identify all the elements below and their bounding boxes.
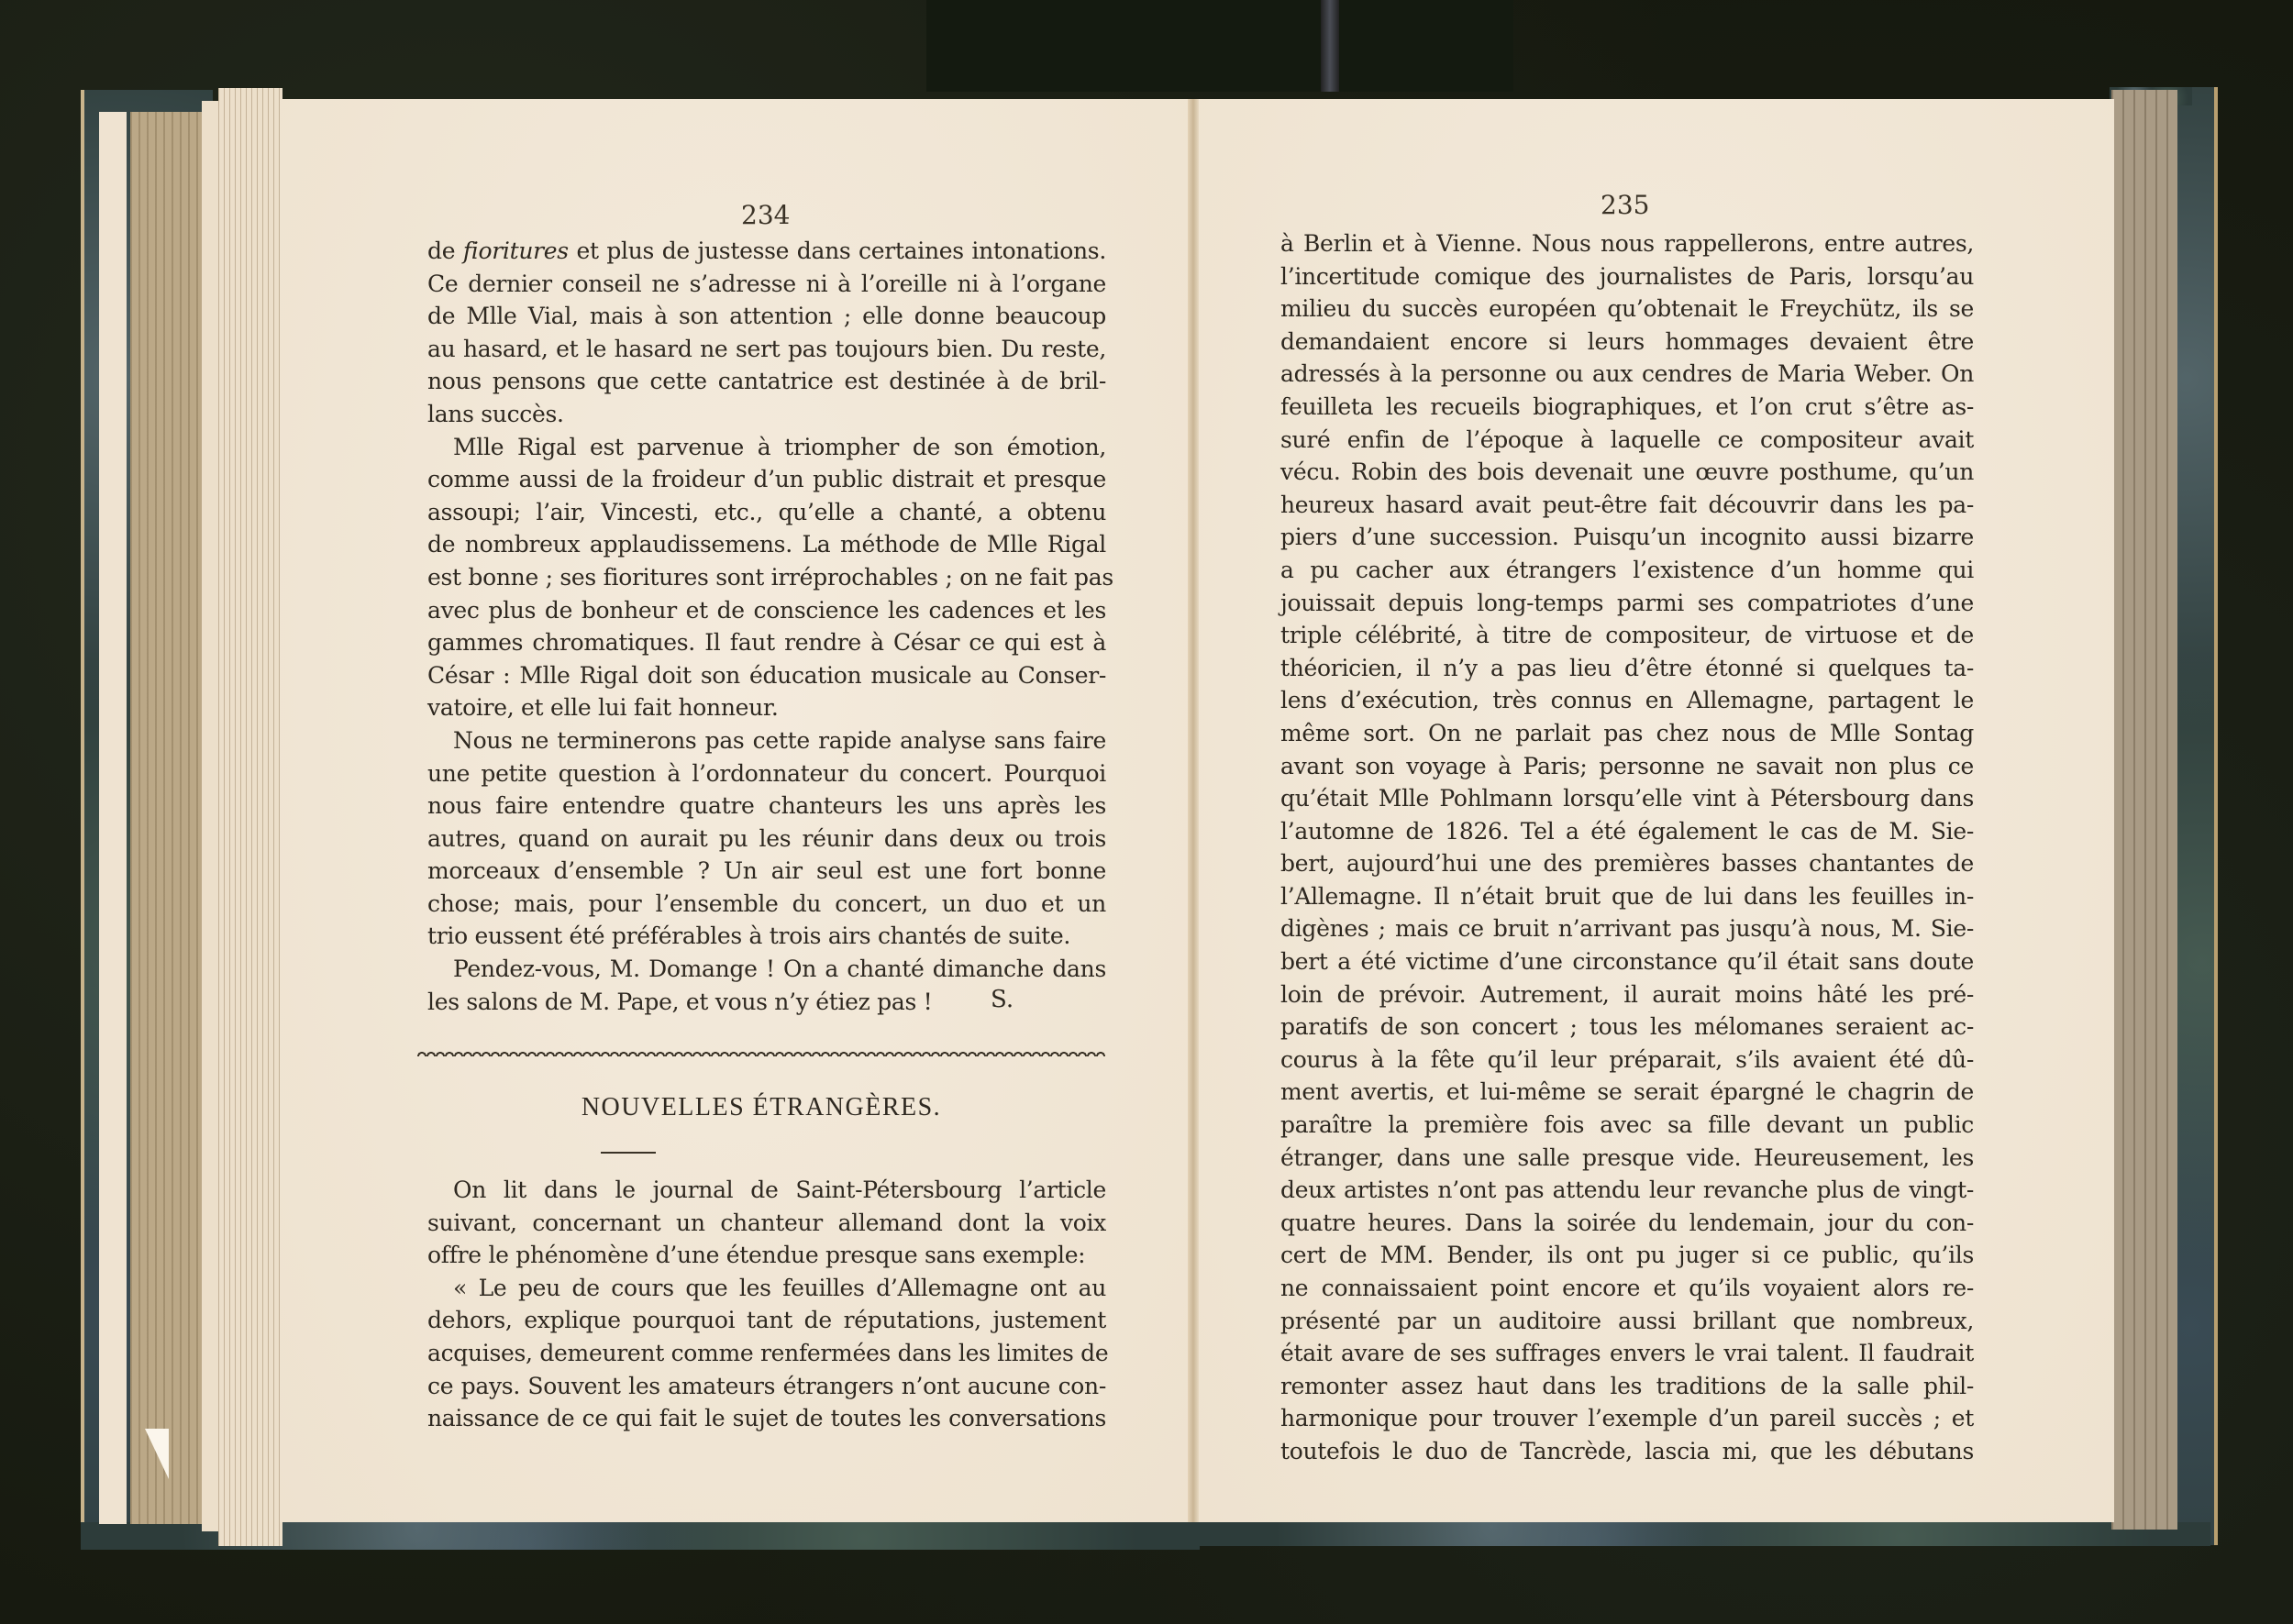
page-number-left: 234 bbox=[741, 200, 790, 230]
page-stack-left bbox=[218, 88, 282, 1546]
text-line: suivant, concernant un chanteur allemand… bbox=[427, 1207, 1106, 1240]
article-signature: S. bbox=[991, 986, 1014, 1013]
text-line: lans succès. bbox=[427, 398, 1106, 431]
text-line: triple célébrité, à titre de compositeur… bbox=[1280, 619, 1974, 652]
page-block-edge-right bbox=[2111, 90, 2177, 1530]
text-line: lens d’exécution, très connus en Allemag… bbox=[1280, 684, 1974, 717]
cover-board-right bbox=[2174, 87, 2218, 1545]
text-line: deux artistes n’ont pas attendu leur rev… bbox=[1280, 1174, 1974, 1207]
text-line: quatre heures. Dans la soirée du lendema… bbox=[1280, 1207, 1974, 1240]
text-line: feuilleta les recueils biographiques, et… bbox=[1280, 391, 1974, 424]
text-line: autres, quand on aurait pu les réunir da… bbox=[427, 823, 1106, 856]
text-line: trio eussent été préférables à trois air… bbox=[427, 920, 1106, 953]
text-line: vatoire, et elle lui fait honneur. bbox=[427, 691, 1106, 724]
text-line: l’automne de 1826. Tel a été également l… bbox=[1280, 815, 1974, 848]
cover-board-right-bottom bbox=[1183, 1522, 2210, 1546]
text-line: vécu. Robin des bois devenait une œuvre … bbox=[1280, 456, 1974, 489]
text-line: gammes chromatiques. Il faut rendre à Cé… bbox=[427, 626, 1106, 659]
text-line: adressés à la personne ou aux cendres de… bbox=[1280, 358, 1974, 391]
text-line: On lit dans le journal de Saint-Pétersbo… bbox=[427, 1174, 1106, 1207]
background-shadow bbox=[926, 0, 1513, 92]
text-line: « Le peu de cours que les feuilles d’All… bbox=[427, 1272, 1106, 1305]
text-line: remonter assez haut dans les traditions … bbox=[1280, 1370, 1974, 1403]
text-line: était avare de ses suffrages envers le v… bbox=[1280, 1337, 1974, 1370]
text-line: courus à la fête qu’il leur préparait, s… bbox=[1280, 1044, 1974, 1077]
text-line: qu’était Mlle Pohlmann lorsqu’elle vint … bbox=[1280, 782, 1974, 815]
text-line: à Berlin et à Vienne. Nous nous rappelle… bbox=[1280, 227, 1974, 260]
title-underline bbox=[601, 1152, 656, 1154]
text-line: a pu cacher aux étrangers l’existence d’… bbox=[1280, 554, 1974, 587]
text-line: loin de prévoir. Autrement, il aurait mo… bbox=[1280, 978, 1974, 1011]
text-line: avec plus de bonheur et de conscience le… bbox=[427, 594, 1106, 627]
text-line: ment avertis, et lui-même se serait épar… bbox=[1280, 1076, 1974, 1109]
text-line: est bonne ; ses fioritures sont irréproc… bbox=[427, 561, 1106, 594]
text-line: bert, aujourd’hui une des premières bass… bbox=[1280, 847, 1974, 880]
text-line: même sort. On ne parlait pas chez nous d… bbox=[1280, 717, 1974, 750]
text-line: nous pensons que cette cantatrice est de… bbox=[427, 365, 1106, 398]
text-line: digènes ; mais ce bruit n’arrivant pas j… bbox=[1280, 912, 1974, 945]
text-line: nous faire entendre quatre chanteurs les… bbox=[427, 790, 1106, 823]
text-line: l’incertitude comique des journalistes d… bbox=[1280, 260, 1974, 293]
left-page-body: de fioritures et plus de justesse dans c… bbox=[427, 235, 1106, 1018]
folded-corner-tab bbox=[145, 1429, 169, 1479]
text-line: paraître la première fois avec sa fille … bbox=[1280, 1109, 1974, 1142]
text-line: chose; mais, pour l’ensemble du concert,… bbox=[427, 888, 1106, 921]
text-line: dehors, explique pourquoi tant de réputa… bbox=[427, 1304, 1106, 1337]
text-line: l’Allemagne. Il n’était bruit que de lui… bbox=[1280, 880, 1974, 913]
text-line: Nous ne terminerons pas cette rapide ana… bbox=[427, 724, 1106, 757]
text-line: ce pays. Souvent les amateurs étrangers … bbox=[427, 1370, 1106, 1403]
text-line: Mlle Rigal est parvenue à triompher de s… bbox=[427, 431, 1106, 464]
text-line: César : Mlle Rigal doit son éducation mu… bbox=[427, 659, 1106, 692]
text-line: offre le phénomène d’une étendue presque… bbox=[427, 1239, 1106, 1272]
text-line: paratifs de son concert ; tous les mélom… bbox=[1280, 1011, 1974, 1044]
text-line: une petite question à l’ordonnateur du c… bbox=[427, 757, 1106, 790]
text-line: jouissait depuis long-temps parmi ses co… bbox=[1280, 587, 1974, 620]
text-line: bert a été victime d’une circonstance qu… bbox=[1280, 945, 1974, 978]
text-line: naissance de ce qui fait le sujet de tou… bbox=[427, 1402, 1106, 1435]
text-line: de Mlle Vial, mais à son attention ; ell… bbox=[427, 300, 1106, 333]
text-line: cert de MM. Bender, ils ont pu juger si … bbox=[1280, 1239, 1974, 1272]
background-stripe bbox=[1321, 0, 1339, 92]
text-line: milieu du succès européen qu’obtenait le… bbox=[1280, 293, 1974, 326]
page-block-edge-left bbox=[130, 112, 202, 1524]
text-line: ne connaissaient point encore et qu’ils … bbox=[1280, 1272, 1974, 1305]
text-line: toutefois le duo de Tancrède, lascia mi,… bbox=[1280, 1435, 1974, 1468]
text-line: Ce dernier conseil ne s’adresse ni à l’o… bbox=[427, 268, 1106, 301]
text-line: demandaient encore si leurs hommages dev… bbox=[1280, 326, 1974, 359]
text-line: suré enfin de l’époque à laquelle ce com… bbox=[1280, 424, 1974, 457]
text-line: de fioritures et plus de justesse dans c… bbox=[427, 235, 1106, 268]
text-line: étranger, dans une salle presque vide. H… bbox=[1280, 1142, 1974, 1175]
page-block-inner-left bbox=[202, 101, 220, 1531]
flyleaf-left bbox=[99, 112, 127, 1524]
text-line: théoricien, il n’y a pas lieu d’être éto… bbox=[1280, 652, 1974, 685]
text-line: harmonique pour trouver l’exemple d’un p… bbox=[1280, 1402, 1974, 1435]
page-number-right: 235 bbox=[1601, 190, 1649, 220]
text-line: Pendez-vous, M. Domange ! On a chanté di… bbox=[427, 953, 1106, 986]
text-line: présenté par un auditoire aussi brillant… bbox=[1280, 1305, 1974, 1338]
section-title: NOUVELLES ÉTRANGÈRES. bbox=[417, 1093, 1105, 1122]
text-line: piers d’une succession. Puisqu’un incogn… bbox=[1280, 521, 1974, 554]
left-page-body-section: On lit dans le journal de Saint-Pétersbo… bbox=[427, 1174, 1106, 1435]
text-line: au hasard, et le hasard ne sert pas touj… bbox=[427, 333, 1106, 366]
right-page-body: à Berlin et à Vienne. Nous nous rappelle… bbox=[1280, 227, 1974, 1468]
section-divider-wavy bbox=[417, 1047, 1105, 1060]
text-line: assoupi; l’air, Vincesti, etc., qu’elle … bbox=[427, 496, 1106, 529]
text-line: de nombreux applaudissemens. La méthode … bbox=[427, 528, 1106, 561]
book-gutter bbox=[1188, 99, 1199, 1522]
text-line: heureux hasard avait peut-être fait déco… bbox=[1280, 489, 1974, 522]
text-line: comme aussi de la froideur d’un public d… bbox=[427, 463, 1106, 496]
text-line: avant son voyage à Paris; personne ne sa… bbox=[1280, 750, 1974, 783]
text-line: acquises, demeurent comme renfermées dan… bbox=[427, 1337, 1106, 1370]
text-line: morceaux d’ensemble ? Un air seul est un… bbox=[427, 855, 1106, 888]
